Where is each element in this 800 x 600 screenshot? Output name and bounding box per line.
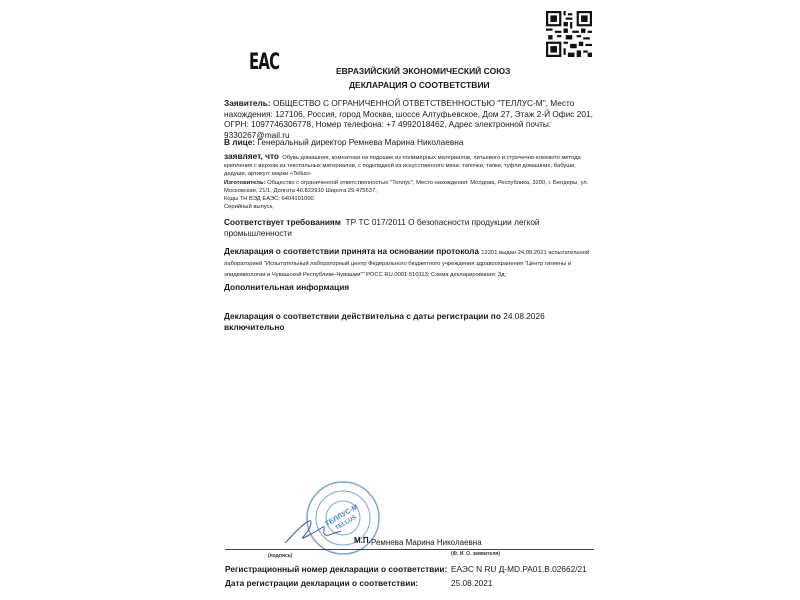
manufacturer-text: Общество с ограниченной ответственностью… <box>224 180 588 194</box>
person-section: В лице: Генеральный директор Ремнева Мар… <box>224 137 594 148</box>
applicant-text: ОБЩЕСТВО С ОГРАНИЧЕННОЙ ОТВЕТСТВЕННОСТЬЮ… <box>224 98 593 140</box>
document-title: ДЕКЛАРАЦИЯ О СООТВЕТСТВИИ <box>349 80 490 90</box>
person-label: В лице: <box>224 137 255 147</box>
signature-line <box>225 549 594 550</box>
fio-hint: (Ф. И. О. заявителя) <box>451 551 500 557</box>
validity-date: 24.08.2026 <box>503 311 545 321</box>
hs-codes: Коды ТН ВЭД ЕАЭС: 6404191000 <box>224 196 314 202</box>
protocol-label: Декларация о соответствии принята на осн… <box>224 246 479 256</box>
signature-hint: (подпись) <box>268 553 292 559</box>
registration-number: ЕАЭС N RU Д-MD.PA01.B.02662/21 <box>451 564 587 574</box>
registration-date: 25.08.2021 <box>451 578 493 588</box>
manufacturer-label: Изготовитель: <box>224 180 265 186</box>
serial-release: Серийный выпуск, <box>224 204 274 210</box>
qr-code-icon <box>546 11 592 57</box>
registration-date-row: Дата регистрации декларации о соответств… <box>225 578 605 588</box>
stamp-place-label: М.П. <box>354 536 371 545</box>
registration-number-row: Регистрационный номер декларации о соотв… <box>225 564 605 574</box>
validity-section: Декларация о соответствии действительна … <box>224 311 594 332</box>
registration-date-label: Дата регистрации декларации о соответств… <box>225 578 418 588</box>
conforms-section: Соответствует требованиям ТР ТС 017/2011… <box>224 217 594 238</box>
validity-label: Декларация о соответствии действительна … <box>224 311 501 321</box>
declares-section: заявляет, что Обувь домашняя, комнатная … <box>224 152 594 211</box>
conforms-label: Соответствует требованиям <box>224 217 341 227</box>
eac-logo: ЕАС <box>249 50 279 75</box>
person-text: Генеральный директор Ремнева Марина Нико… <box>257 137 463 147</box>
union-title: ЕВРАЗИЙСКИЙ ЭКОНОМИЧЕСКИЙ СОЮЗ <box>336 66 510 76</box>
signer-name: Ремнева Марина Николаевна <box>371 538 482 547</box>
additional-info-label: Дополнительная информация <box>224 282 594 293</box>
protocol-section: Декларация о соответствии принята на осн… <box>224 246 594 280</box>
applicant-section: Заявитель: ОБЩЕСТВО С ОГРАНИЧЕННОЙ ОТВЕТ… <box>224 98 594 141</box>
applicant-label: Заявитель: <box>224 98 271 108</box>
declaration-document: ЕАС ЕВРАЗИЙСКИЙ ЭКОНОМИЧЕСКИЙ СОЮЗ ДЕКЛА… <box>0 0 800 600</box>
signature <box>283 515 343 547</box>
validity-suffix: включительно <box>224 322 284 332</box>
declares-label: заявляет, что <box>224 151 279 161</box>
registration-number-label: Регистрационный номер декларации о соотв… <box>225 564 447 574</box>
